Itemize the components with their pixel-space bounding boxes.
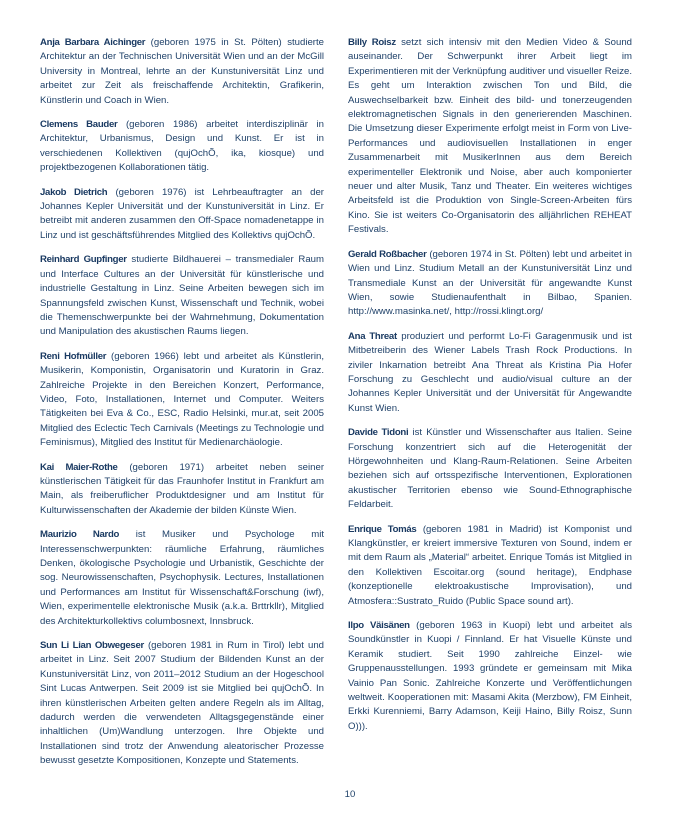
bio-text: studierte Bildhauerei – transmedialer Ra…	[40, 254, 324, 337]
bio-entry: Davide Tidoni ist Künstler und Wissensch…	[348, 426, 632, 512]
bio-entry: Maurizio Nardo ist Musiker und Psycholog…	[40, 528, 324, 629]
bio-entry: Enrique Tomás (geboren 1981 in Madrid) i…	[348, 523, 632, 609]
bio-name: Maurizio Nardo	[40, 529, 119, 540]
bio-name: Ilpo Väisänen	[348, 620, 410, 631]
bio-name: Sun Li Lian Obwegeser	[40, 640, 144, 651]
bio-text: setzt sich intensiv mit den Medien Video…	[348, 37, 632, 235]
bio-text: produziert und performt Lo-Fi Garagenmus…	[348, 331, 632, 414]
bio-entry: Jakob Dietrich (geboren 1976) ist Lehrbe…	[40, 186, 324, 244]
bio-entry: Clemens Bauder (geboren 1986) arbeitet i…	[40, 118, 324, 176]
bio-text: (geboren 1966) lebt und arbeitet als Kün…	[40, 351, 324, 448]
bio-text: (geboren 1981 in Rum in Tirol) lebt und …	[40, 640, 324, 766]
bio-name: Reni Hofmüller	[40, 351, 106, 362]
bio-entry: Kai Maier-Rothe (geboren 1971) arbeitet …	[40, 461, 324, 519]
bio-entry: Gerald Roßbacher (geboren 1974 in St. Pö…	[348, 248, 632, 320]
bio-name: Ana Threat	[348, 331, 397, 342]
bio-name: Gerald Roßbacher	[348, 249, 427, 260]
bio-text: ist Künstler und Wissenschafter aus Ital…	[348, 427, 632, 510]
bio-text: ist Musiker und Psychologe mit Interesse…	[40, 529, 324, 626]
bio-text: (geboren 1981 in Madrid) ist Komponist u…	[348, 524, 632, 607]
bio-name: Jakob Dietrich	[40, 187, 107, 198]
bio-name: Clemens Bauder	[40, 119, 117, 130]
bio-name: Reinhard Gupfinger	[40, 254, 127, 265]
bio-text: (geboren 1963 in Kuopi) lebt und arbeite…	[348, 620, 632, 732]
page-number: 10	[0, 789, 700, 800]
bio-name: Anja Barbara Aichinger	[40, 37, 145, 48]
bio-entry: Anja Barbara Aichinger (geboren 1975 in …	[40, 36, 324, 108]
bio-entry: Reni Hofmüller (geboren 1966) lebt und a…	[40, 350, 324, 451]
right-column: Billy Roisz setzt sich intensiv mit den …	[348, 36, 632, 779]
bio-entry: Billy Roisz setzt sich intensiv mit den …	[348, 36, 632, 238]
bio-entry: Ana Threat produziert und performt Lo-Fi…	[348, 330, 632, 416]
bio-name: Davide Tidoni	[348, 427, 408, 438]
bio-name: Enrique Tomás	[348, 524, 416, 535]
bio-entry: Sun Li Lian Obwegeser (geboren 1981 in R…	[40, 639, 324, 769]
biography-page: Anja Barbara Aichinger (geboren 1975 in …	[40, 36, 632, 779]
bio-name: Kai Maier-Rothe	[40, 462, 118, 473]
bio-entry: Reinhard Gupfinger studierte Bildhauerei…	[40, 253, 324, 339]
bio-name: Billy Roisz	[348, 37, 396, 48]
left-column: Anja Barbara Aichinger (geboren 1975 in …	[40, 36, 324, 779]
bio-entry: Ilpo Väisänen (geboren 1963 in Kuopi) le…	[348, 619, 632, 734]
